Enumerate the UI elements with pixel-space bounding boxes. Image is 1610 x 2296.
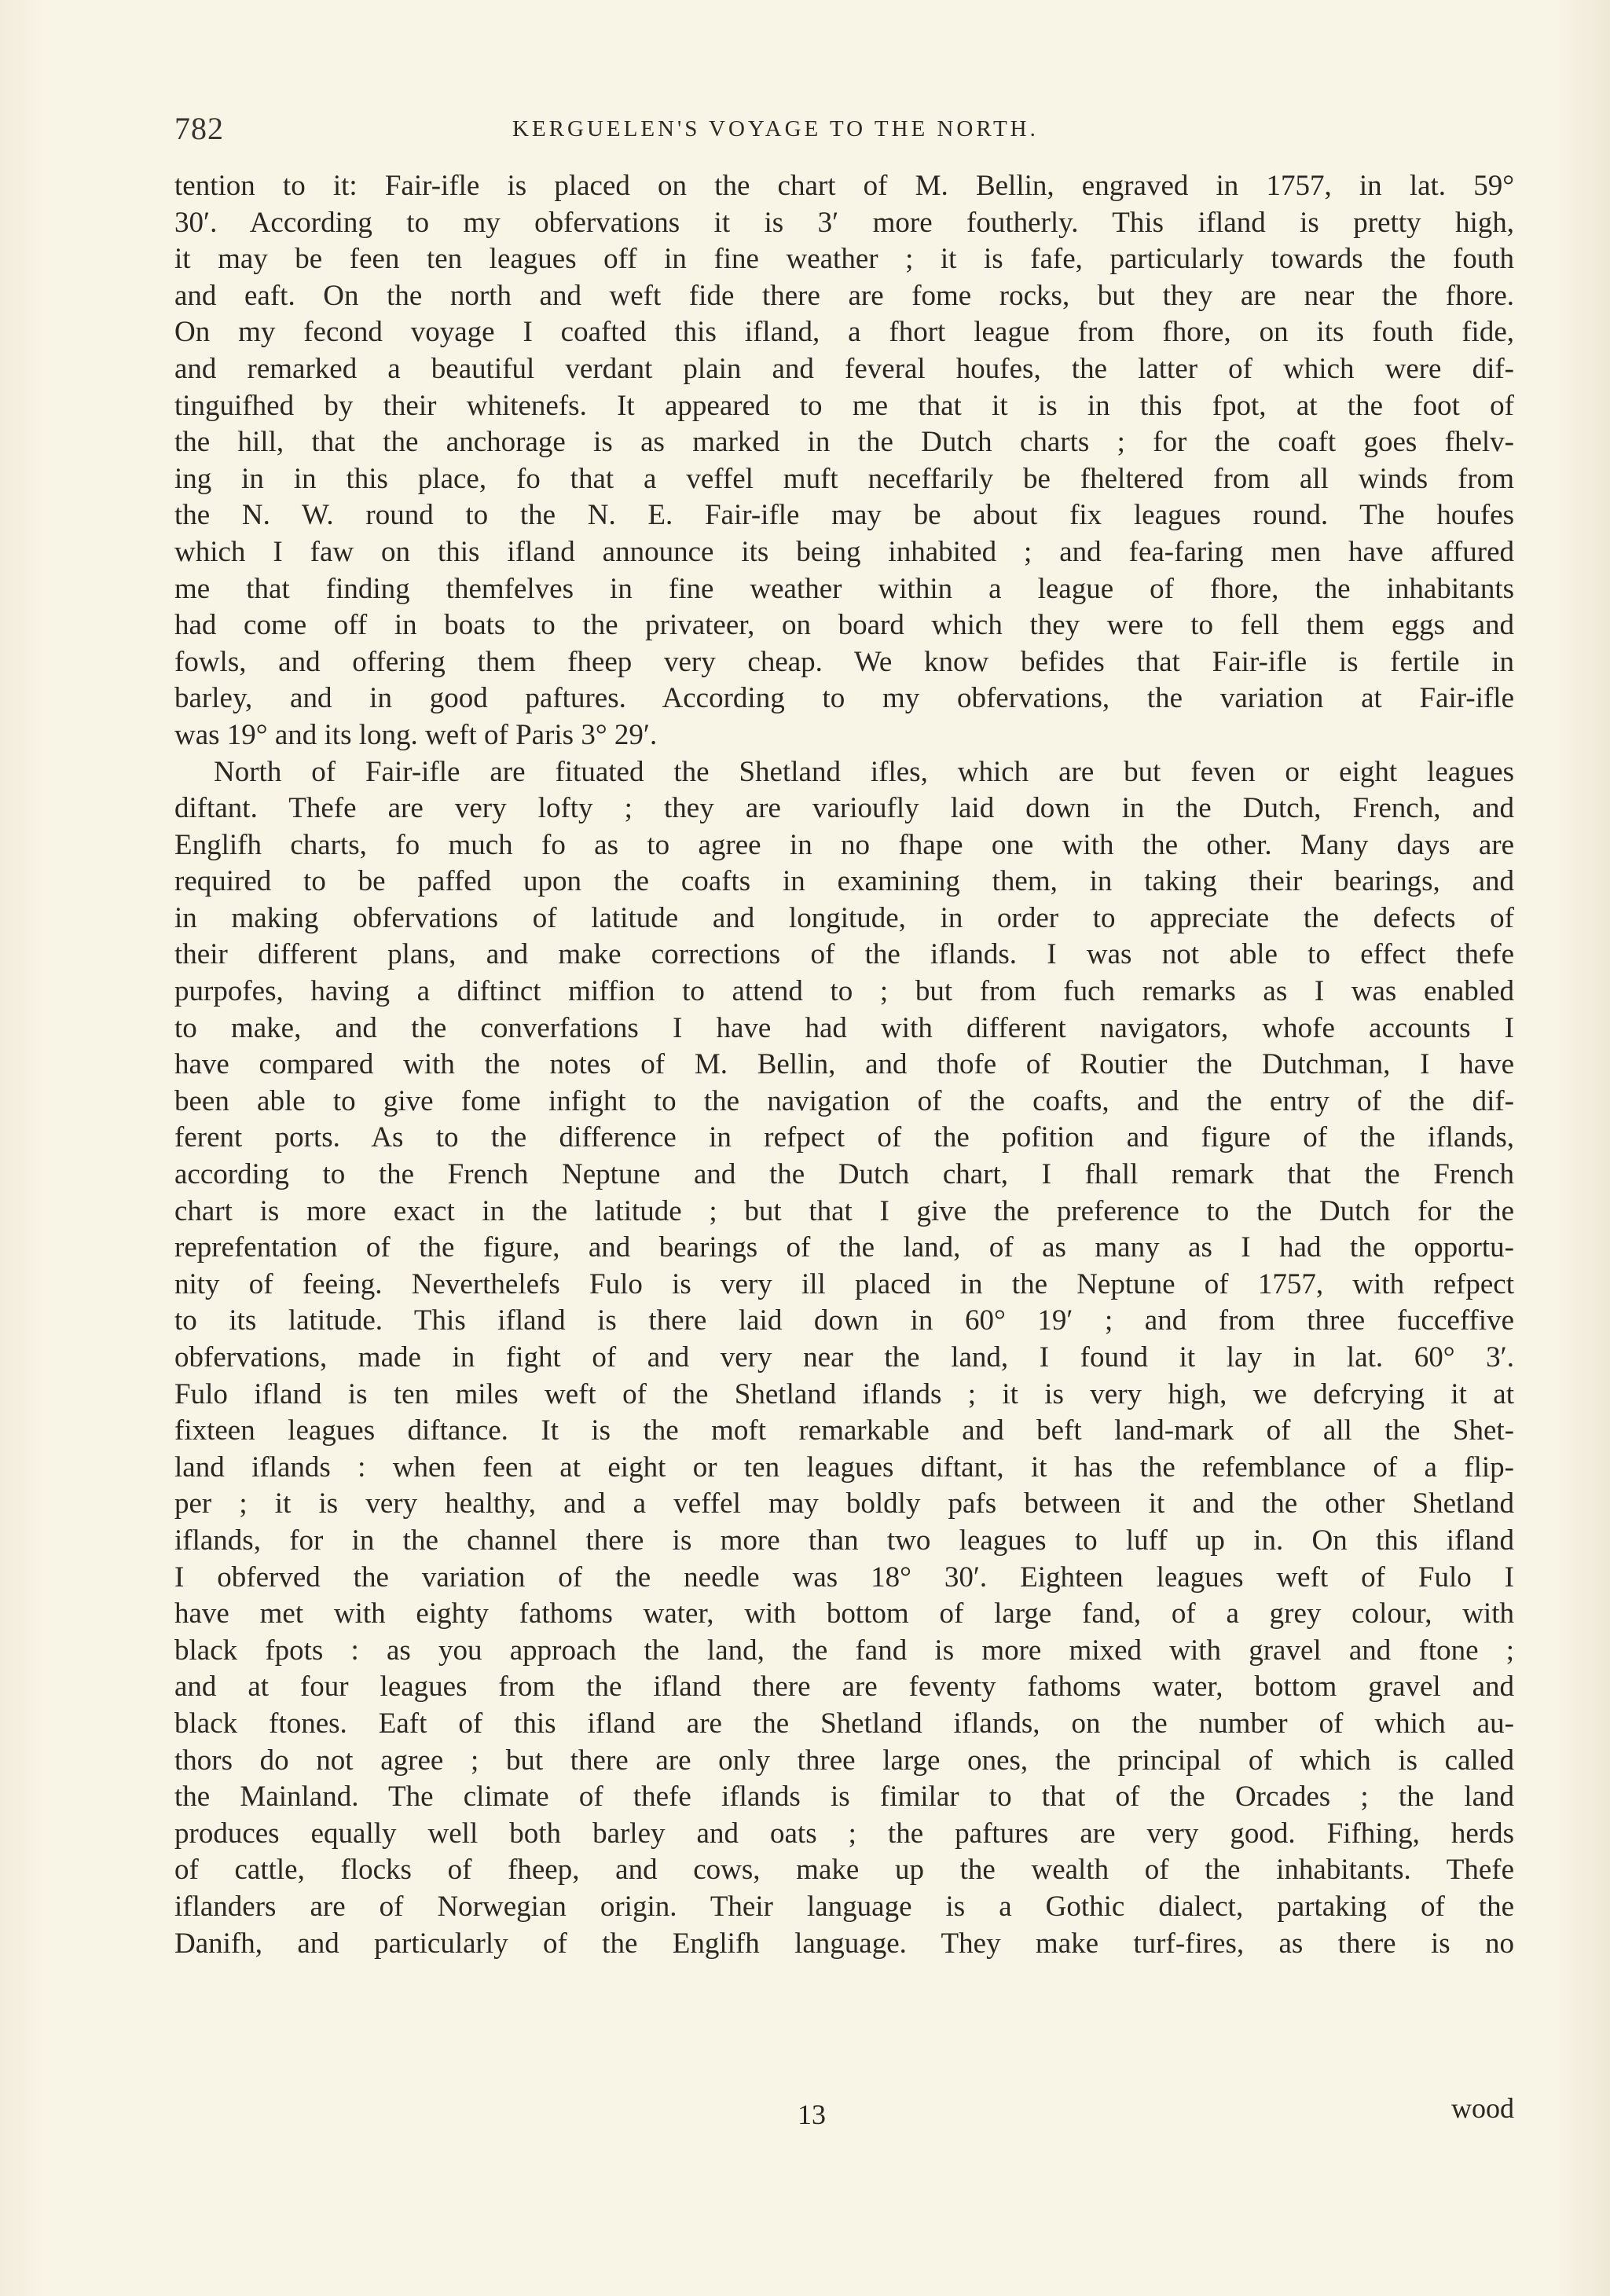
text-line: been able to give fome infight to the na… [174,1084,1514,1120]
text-line: to its latitude. This ifland is there la… [174,1303,1514,1340]
text-line: fowls, and offering them fheep very chea… [174,644,1514,681]
text-line: their different plans, and make correcti… [174,937,1514,974]
text-line: Danifh, and particularly of the Englifh … [174,1926,1514,1963]
text-line: the N. W. round to the N. E. Fair-ifle m… [174,497,1514,534]
text-line: Fulo ifland is ten miles weft of the She… [174,1377,1514,1414]
text-line: produces equally well both barley and oa… [174,1816,1514,1853]
running-title: KERGUELEN'S VOYAGE TO THE NORTH. [512,116,1039,142]
text-line: per ; it is very healthy, and a veffel m… [174,1486,1514,1523]
text-line: tention to it: Fair-ifle is placed on th… [174,168,1514,205]
text-line: Englifh charts, fo much fo as to agree i… [174,827,1514,864]
text-line: the hill, that the anchorage is as marke… [174,424,1514,461]
text-line [174,1962,1514,1999]
text-line: nity of feeing. Neverthelefs Fulo is ver… [174,1267,1514,1304]
text-line: tinguifhed by their whitenefs. It appear… [174,388,1514,425]
text-line: the Mainland. The climate of thefe iflan… [174,1779,1514,1816]
text-line: and eaft. On the north and weft fide the… [174,278,1514,315]
text-line: diftant. Thefe are very lofty ; they are… [174,790,1514,827]
text-line: had come off in boats to the privateer, … [174,607,1514,644]
paragraph-start-line: North of Fair-ifle are fituated the Shet… [174,754,1514,791]
text-line: iflands, for in the channel there is mor… [174,1523,1514,1560]
text-line: thors do not agree ; but there are only … [174,1743,1514,1780]
text-line: On my fecond voyage I coafted this iflan… [174,314,1514,351]
text-line: purpofes, having a diftinct miffion to a… [174,974,1514,1010]
page-footer: 13 wood [174,2092,1514,2139]
text-line: it may be feen ten leagues off in fine w… [174,241,1514,278]
text-line: have met with eighty fathoms water, with… [174,1596,1514,1633]
text-line: black ftones. Eaft of this ifland are th… [174,1706,1514,1743]
text-line: land iflands : when feen at eight or ten… [174,1450,1514,1487]
body-text: tention to it: Fair-ifle is placed on th… [174,168,1514,1999]
text-line: according to the French Neptune and the … [174,1157,1514,1194]
book-page: 782 KERGUELEN'S VOYAGE TO THE NORTH. ten… [0,0,1610,2296]
text-line: me that finding themfelves in fine weath… [174,571,1514,608]
page-number: 782 [174,110,224,147]
text-line: required to be paffed upon the coafts in… [174,864,1514,900]
catchword: wood [1451,2092,1514,2125]
text-line: 30′. According to my obfervations it is … [174,205,1514,242]
text-line: which I faw on this ifland announce its … [174,534,1514,571]
text-line: to make, and the converfations I have ha… [174,1010,1514,1047]
signature-mark: 13 [798,2098,826,2131]
text-line: black fpots : as you approach the land, … [174,1633,1514,1670]
text-line: obfervations, made in fight of and very … [174,1340,1514,1377]
text-line: in making obfervations of latitude and l… [174,900,1514,937]
text-line: iflanders are of Norwegian origin. Their… [174,1889,1514,1926]
text-line: chart is more exact in the latitude ; bu… [174,1194,1514,1231]
paragraph-end-line: was 19° and its long. weft of Paris 3° 2… [174,717,1514,754]
text-line: and at four leagues from the ifland ther… [174,1669,1514,1706]
text-line: of cattle, flocks of fheep, and cows, ma… [174,1852,1514,1889]
text-line: ing in in this place, fo that a veffel m… [174,461,1514,498]
text-line: reprefentation of the figure, and bearin… [174,1230,1514,1267]
text-line: fixteen leagues diftance. It is the moft… [174,1413,1514,1450]
text-line: and remarked a beautiful verdant plain a… [174,351,1514,388]
text-line: barley, and in good paftures. According … [174,680,1514,717]
text-line: I obferved the variation of the needle w… [174,1560,1514,1597]
page-header: 782 KERGUELEN'S VOYAGE TO THE NORTH. [174,110,1514,149]
text-line: ferent ports. As to the difference in re… [174,1120,1514,1157]
text-line: have compared with the notes of M. Belli… [174,1047,1514,1084]
